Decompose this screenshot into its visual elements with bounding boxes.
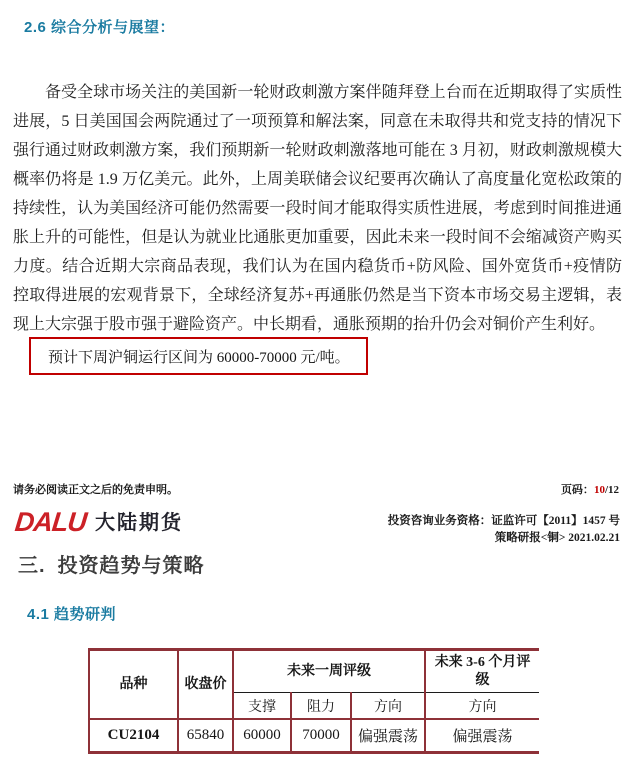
cell-close-price: 65840 <box>178 719 233 753</box>
page-number-total: /12 <box>605 484 619 496</box>
disclaimer-text: 请务必阅读正文之后的免责申明。 <box>13 481 178 497</box>
subcol-header-direction-week: 方向 <box>351 693 425 720</box>
page-footer: 请务必阅读正文之后的免责申明。 页码：10/12 <box>13 481 619 497</box>
cell-direction-month: 偏强震荡 <box>425 719 539 753</box>
section-3-number: 三. <box>18 555 46 577</box>
analysis-paragraph: 备受全球市场关注的美国新一轮财政刺激方案伴随拜登上台而在近期取得了实质性进展，5… <box>13 78 622 339</box>
section-4-1-heading: 4.1 趋势研判 <box>27 603 116 624</box>
subcol-header-support: 支撑 <box>233 693 291 720</box>
cell-variety: CU2104 <box>89 719 178 753</box>
cell-support: 60000 <box>233 719 291 753</box>
rating-table: 品种 收盘价 未来一周评级 未来 3-6 个月评级 支撑 阻力 方向 方向 CU… <box>88 648 539 754</box>
subcol-header-direction-month: 方向 <box>425 693 539 720</box>
section-2-6-heading: 2.6 综合分析与展望： <box>24 16 175 37</box>
report-page: 2.6 综合分析与展望： 备受全球市场关注的美国新一轮财政刺激方案伴随拜登上台而… <box>0 0 635 769</box>
section-3-title: 投资趋势与策略 <box>58 555 205 577</box>
col-header-next-week-rating: 未来一周评级 <box>233 650 425 693</box>
brand-header: DALU 大陆期货 投资咨询业务资格：证监许可【2011】1457 号 策略研报… <box>15 507 620 553</box>
dalu-logo-wordmark: DALU <box>14 509 88 536</box>
cell-resistance: 70000 <box>291 719 351 753</box>
page-number-label: 页码： <box>561 484 594 496</box>
trend-rating-table: 品种 收盘价 未来一周评级 未来 3-6 个月评级 支撑 阻力 方向 方向 CU… <box>88 648 539 754</box>
dalu-logo-chinese-name: 大陆期货 <box>95 513 183 533</box>
page-number: 页码：10/12 <box>561 481 619 497</box>
dalu-logo: DALU 大陆期货 <box>15 509 183 536</box>
col-header-close-price: 收盘价 <box>178 650 233 720</box>
section-3-heading: 三.投资趋势与策略 <box>18 549 205 578</box>
forecast-text: 预计下周沪铜运行区间为 60000-70000 元/吨。 <box>48 346 350 367</box>
forecast-highlight-box: 预计下周沪铜运行区间为 60000-70000 元/吨。 <box>29 337 368 375</box>
subcol-header-resistance: 阻力 <box>291 693 351 720</box>
page-number-current: 10 <box>594 484 605 496</box>
table-row: CU2104 65840 60000 70000 偏强震荡 偏强震荡 <box>89 719 539 753</box>
col-header-variety: 品种 <box>89 650 178 720</box>
cell-direction-week: 偏强震荡 <box>351 719 425 753</box>
col-header-next-3-6-month-rating: 未来 3-6 个月评级 <box>425 650 539 693</box>
report-title-date-line: 策略研报<铜> 2021.02.21 <box>388 530 620 547</box>
qualification-line: 投资咨询业务资格：证监许可【2011】1457 号 <box>388 513 620 530</box>
table-header-row-1: 品种 收盘价 未来一周评级 未来 3-6 个月评级 <box>89 650 539 693</box>
credentials-block: 投资咨询业务资格：证监许可【2011】1457 号 策略研报<铜> 2021.0… <box>388 513 620 547</box>
